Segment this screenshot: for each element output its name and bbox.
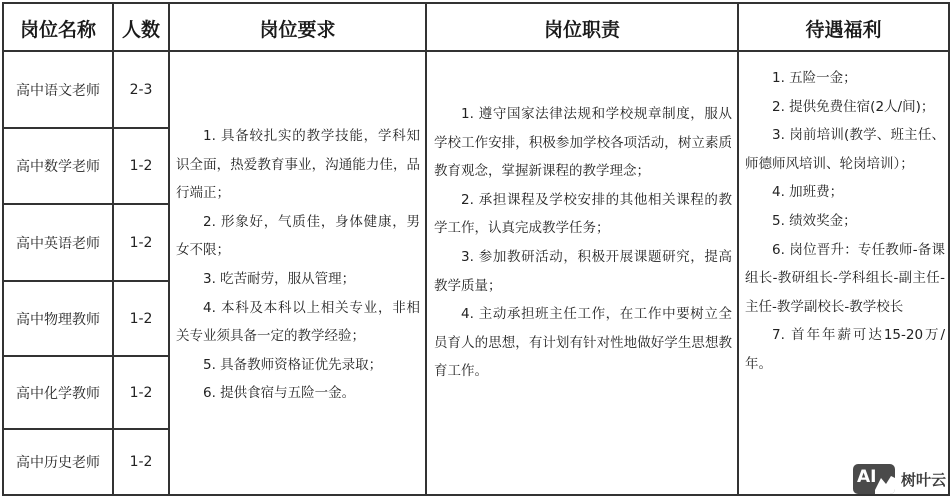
watermark-brand: 树叶云 [901,469,946,490]
benefit-item: 6. 岗位晋升：专任教师-备课组长-教研组长-学科组长-副主任-主任-教学副校长… [745,236,945,322]
ai-logo-icon: AI [853,464,895,494]
requirement-item: 1. 具备较扎实的教学技能，学科知识全面，热爱教育事业，沟通能力佳，品行端正； [176,122,420,208]
benefit-item: 3. 岗前培训(教学、班主任、师德师风培训、轮岗培训）； [745,121,945,178]
header-benefits: 待遇福利 [739,4,948,52]
header-duties: 岗位职责 [427,4,737,52]
benefit-item: 2. 提供免费住宿(2人/间)； [745,93,945,122]
header-position: 岗位名称 [4,4,112,52]
column-divider [425,4,427,494]
duty-item: 1. 遵守国家法律法规和学校规章制度，服从学校工作安排，积极参加学校各项活动，树… [434,100,732,186]
position-cell: 高中语文老师 [4,52,112,127]
position-cell: 高中历史老师 [4,430,112,494]
count-cell: 1-2 [114,129,168,203]
benefit-item: 5. 绩效奖金； [745,207,945,236]
count-cell: 2-3 [114,52,168,127]
requirement-item: 4. 本科及本科以上相关专业，非相关专业须具备一定的教学经验； [176,294,420,351]
header-count: 人数 [114,4,168,52]
position-cell: 高中物理教师 [4,282,112,355]
count-cell: 1-2 [114,282,168,355]
count-cell: 1-2 [114,357,168,428]
requirement-item: 6. 提供食宿与五险一金。 [176,379,420,408]
recruitment-table: 岗位名称 人数 岗位要求 岗位职责 待遇福利 高中语文老师 2-3 高中数学老师… [2,2,950,496]
requirements-text: 1. 具备较扎实的教学技能，学科知识全面，热爱教育事业，沟通能力佳，品行端正； … [176,122,420,408]
position-cell: 高中化学教师 [4,357,112,428]
duty-item: 2. 承担课程及学校安排的其他相关课程的教学工作，认真完成教学任务； [434,186,732,243]
column-divider [737,4,739,494]
watermark: AI 树叶云 [853,464,946,494]
position-cell: 高中数学老师 [4,129,112,203]
duties-text: 1. 遵守国家法律法规和学校规章制度，服从学校工作安排，积极参加学校各项活动，树… [434,100,732,386]
duty-item: 3. 参加教研活动，积极开展课题研究，提高教学质量； [434,243,732,300]
duty-item: 4. 主动承担班主任工作，在工作中要树立全员育人的思想，有计划有针对性地做好学生… [434,300,732,386]
benefit-item: 4. 加班费； [745,178,945,207]
count-cell: 1-2 [114,205,168,280]
requirement-item: 5. 具备教师资格证优先录取； [176,351,420,380]
requirement-item: 3. 吃苦耐劳，服从管理； [176,265,420,294]
benefit-item: 7. 首年年薪可达15-20万/年。 [745,321,945,378]
benefit-item: 1. 五险一金； [745,64,945,93]
position-cell: 高中英语老师 [4,205,112,280]
requirement-item: 2. 形象好，气质佳，身体健康，男女不限； [176,208,420,265]
benefits-text: 1. 五险一金； 2. 提供免费住宿(2人/间)； 3. 岗前培训(教学、班主任… [745,64,945,379]
column-divider [168,4,170,494]
header-requirements: 岗位要求 [170,4,425,52]
count-cell: 1-2 [114,430,168,494]
